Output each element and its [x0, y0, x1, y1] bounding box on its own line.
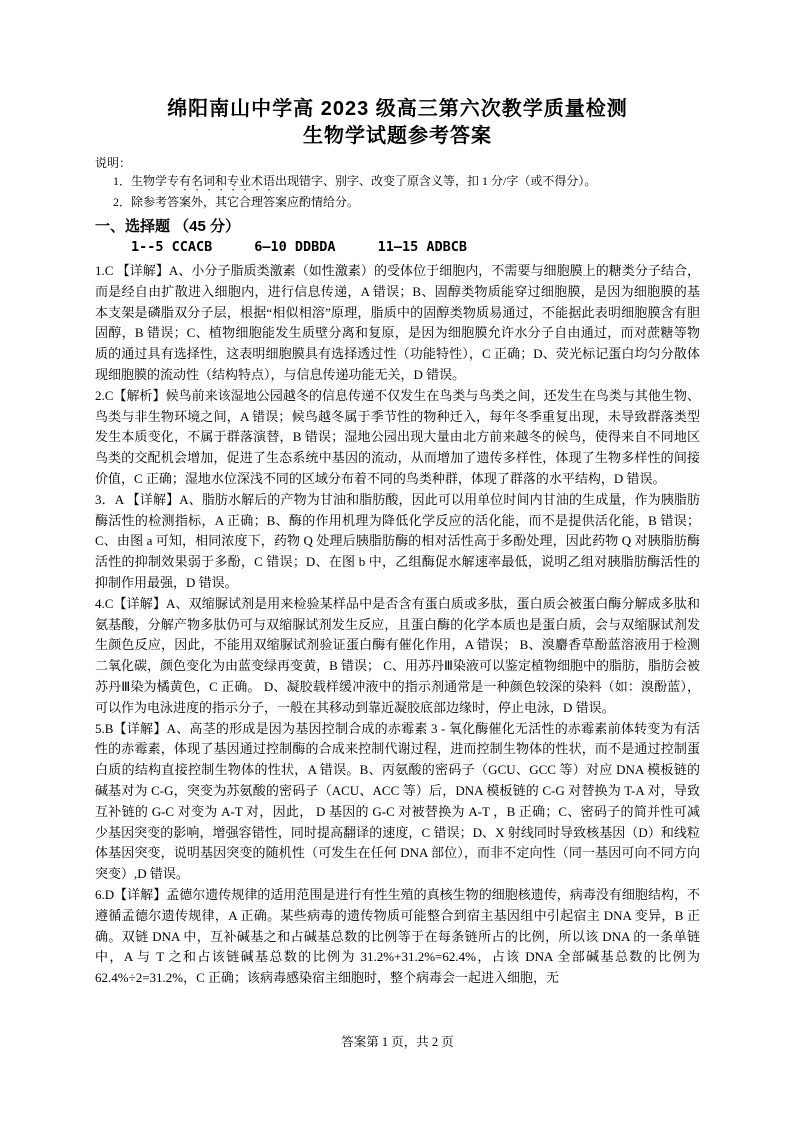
note-item-1: 1．生物学专有名词和专业术语出现错字、别字、改变了原含义等，扣 1 分/字（或不… [95, 173, 700, 194]
answer-key-row: 1--5 CCACB6—10 DDBDA11—15 ADBCB [95, 237, 700, 258]
answer-range-1-5: 1--5 CCACB [131, 239, 212, 255]
explanation-q3: 3．A 【详解】A、脂肪水解后的产物为甘油和脂肪酸，因此可以用单位时间内甘油的生… [95, 490, 700, 594]
notes-label: 说明： [95, 155, 700, 173]
notes-section: 说明： 1．生物学专有名词和专业术语出现错字、别字、改变了原含义等，扣 1 分/… [95, 155, 700, 211]
note-1-suffix: 出现错字、别字、改变了原含义等，扣 1 分/字（或不得分）。 [275, 174, 596, 188]
explanation-q5: 5.B【详解】A、高茎的形成是因为基因控制合成的赤霉素 3 - 氧化酶催化无活性… [95, 719, 700, 885]
note-1-prefix: 1．生物学专 [113, 174, 179, 188]
note-1-emphasized-terms: 有名词和专业术语 [179, 174, 275, 188]
exam-answer-page: 绵阳南山中学高 2023 级高三第六次教学质量检测 生物学试题参考答案 说明： … [0, 0, 794, 1123]
explanation-q4: 4.C【详解】A、双缩脲试剂是用来检验某样品中是否含有蛋白质或多肽，蛋白质会被蛋… [95, 594, 700, 719]
page-number: 答案第 1 页，共 2 页 [95, 1034, 700, 1051]
answer-range-6-10: 6—10 DDBDA [254, 239, 335, 255]
explanation-q6: 6.D【详解】孟德尔遗传规律的适用范围是进行有性生殖的真核生物的细胞核遗传，病毒… [95, 885, 700, 989]
explanation-q2: 2.C【解析】候鸟前来该湿地公园越冬的信息传递不仅发生在鸟类与鸟类之间，还发生在… [95, 386, 700, 490]
answer-range-11-15: 11—15 ADBCB [378, 239, 467, 255]
section-heading-multiple-choice: 一、选择题 （45 分） [95, 216, 700, 237]
document-subtitle: 生物学试题参考答案 [95, 123, 700, 150]
explanation-q1: 1.C 【详解】A、小分子脂质类激素（如性激素）的受体位于细胞内，不需要与细胞膜… [95, 261, 700, 386]
note-item-2: 2．除参考答案外，其它合理答案应酌情给分。 [95, 194, 700, 212]
document-title: 绵阳南山中学高 2023 级高三第六次教学质量检测 [95, 96, 700, 123]
